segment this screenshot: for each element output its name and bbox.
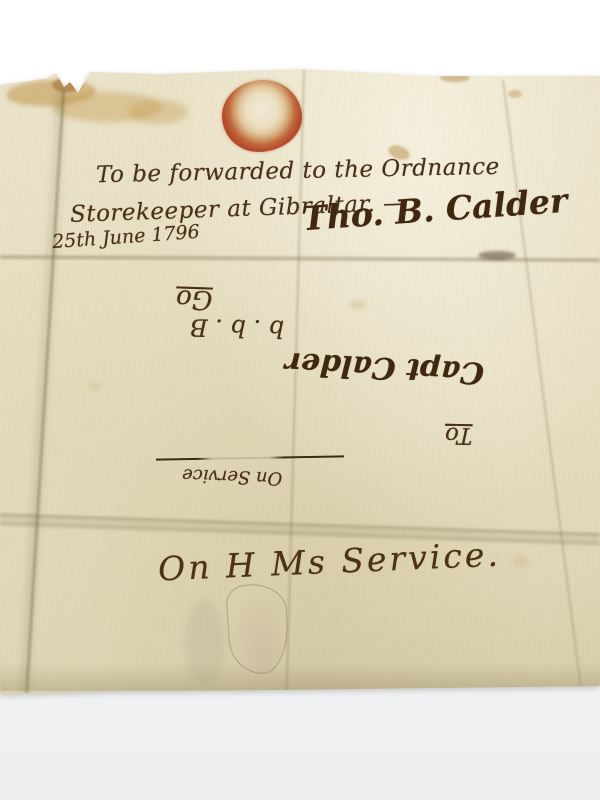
stain-top-edge-speck-2 <box>508 90 522 98</box>
inverted-fragment-3: To <box>445 422 473 448</box>
fold-line-vertical-right <box>502 80 582 690</box>
fold-smudge-vertical-left <box>19 90 67 694</box>
ink-blot-fold-right <box>478 251 516 260</box>
ink-rule-line <box>156 455 344 460</box>
endorsement-on-hms-service: On H Ms Service. <box>157 535 501 589</box>
stain-top-edge-speck-1 <box>440 74 470 82</box>
inverted-addressee: Capt Calder <box>284 345 485 390</box>
foxing-spot-1 <box>350 300 366 310</box>
forwarding-note-line1: To be forwarded to the Ordnance <box>96 154 500 188</box>
foxing-spot-2 <box>88 382 102 391</box>
fold-band-horizontal-lower <box>0 513 600 547</box>
inverted-fragment-1: Go <box>175 283 212 314</box>
inverted-fragment-4: On Service <box>182 464 283 488</box>
paper-wrapper: To be forwarded to the Ordnance Storekee… <box>0 0 600 800</box>
letter-paper: To be forwarded to the Ordnance Storekee… <box>0 0 600 800</box>
faint-outline-stain <box>225 582 291 676</box>
red-wax-seal-icon <box>222 80 302 152</box>
photo-backdrop: To be forwarded to the Ordnance Storekee… <box>0 0 600 800</box>
signature-thos-calder: Tho. B. Calder <box>301 181 569 238</box>
stain-top-left-3 <box>128 100 188 124</box>
inverted-fragment-2: b . b . B <box>190 313 285 343</box>
foxing-spot-3 <box>512 556 530 567</box>
bottom-edge-shading <box>0 664 600 691</box>
